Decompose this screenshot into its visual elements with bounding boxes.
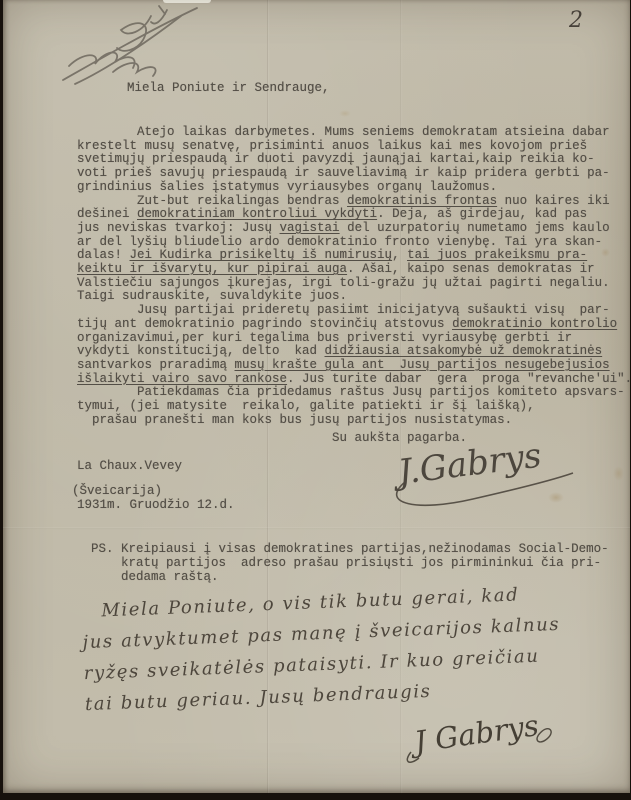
typed-line: svetimųjų priespaudą ir duoti pavyzdį ja… xyxy=(77,153,631,167)
ink-signature-text: J.Gabrys xyxy=(390,436,544,494)
typed-line: grindinius šalies įstatymus vyriausybes … xyxy=(77,181,631,195)
typed-line: ar del lyšių bliudelio ardo demokratinio… xyxy=(77,236,631,250)
paper-stain xyxy=(613,466,624,481)
handwritten-note: Miela Poniute, o vis tik butu gerai, kad… xyxy=(81,576,615,720)
page-number: 2 xyxy=(569,8,583,33)
typed-line: prašau pranešti man koks bus jusų partij… xyxy=(77,414,631,428)
handwritten-signature-text: J Gabrys xyxy=(407,708,540,760)
typed-line: tymui, (jei matysite reikalo, galite pat… xyxy=(77,400,631,414)
typed-line: vykdyti konstituciją, delto kad didžiaus… xyxy=(77,345,631,359)
typed-line: keiktu ir išvarytų, kur pipirai auga. Aš… xyxy=(77,263,631,277)
typed-line: santvarkos praradimą musų krašte gula an… xyxy=(77,359,631,373)
country-line: (Šveicarija) xyxy=(72,484,162,498)
typed-line: Patiekdamas čia pridedamus raštus Jusų p… xyxy=(77,386,631,400)
typed-line: išlaikyti vairo savo rankose. Jus turite… xyxy=(77,373,631,387)
typed-line: Taigi sudrauskite, suvaldykite juos. xyxy=(77,290,631,304)
typed-line: Atejo laikas darbymetes. Mums seniems de… xyxy=(77,126,631,140)
typed-line: Jusų partijai prideretų pasiimt inicijat… xyxy=(77,304,631,318)
ps-line: PS. Kreipiausi į visas demokratines part… xyxy=(91,542,609,556)
fold-crease-horizontal xyxy=(3,527,630,528)
handwritten-signature: J Gabrys xyxy=(393,700,583,775)
typed-line: jus neviskas tvarkoj: Jusų vagistai del … xyxy=(77,222,631,236)
scanned-letter-page: { "page": { "number": "2" }, "colors": {… xyxy=(0,0,631,800)
typed-line: Zut-but reikalingas bendras demokratinis… xyxy=(77,195,631,209)
place-line: La Chaux.Vevey xyxy=(77,459,182,473)
paper-sheet: 2 Miela Poniute ir Sendrauge, Atejo laik… xyxy=(3,0,630,793)
typed-line: krestelt musų senatvę, prisiminti anuos … xyxy=(77,140,631,154)
salutation: Miela Poniute ir Sendrauge, xyxy=(127,81,330,95)
typed-paragraphs: Atejo laikas darbymetes. Mums seniems de… xyxy=(77,126,631,427)
typed-line: dalas! Jei Kudirka prisikeltų iš numirus… xyxy=(77,249,631,263)
ink-signature: J.Gabrys xyxy=(375,430,590,520)
typed-line: organizavimui,per kuri tegalima bus priv… xyxy=(77,332,631,346)
pencil-scribble-icon xyxy=(55,2,205,90)
typed-line: voti prieš savujų priespaudą ir sauvelia… xyxy=(77,167,631,181)
paper-stain xyxy=(339,110,351,117)
date-line: 1931m. Gruodžio 12.d. xyxy=(77,498,235,512)
typed-line: dešinei demokratiniam kontroliui vykdyti… xyxy=(77,208,631,222)
typed-line: tijų ant demokratinio pagrindo stovinčių… xyxy=(77,318,631,332)
ps-line: kratų partijos adreso prašau prisiųsti j… xyxy=(91,556,609,570)
typed-line: Valstiečiu sajungos įkurejas, irgi toli-… xyxy=(77,277,631,291)
